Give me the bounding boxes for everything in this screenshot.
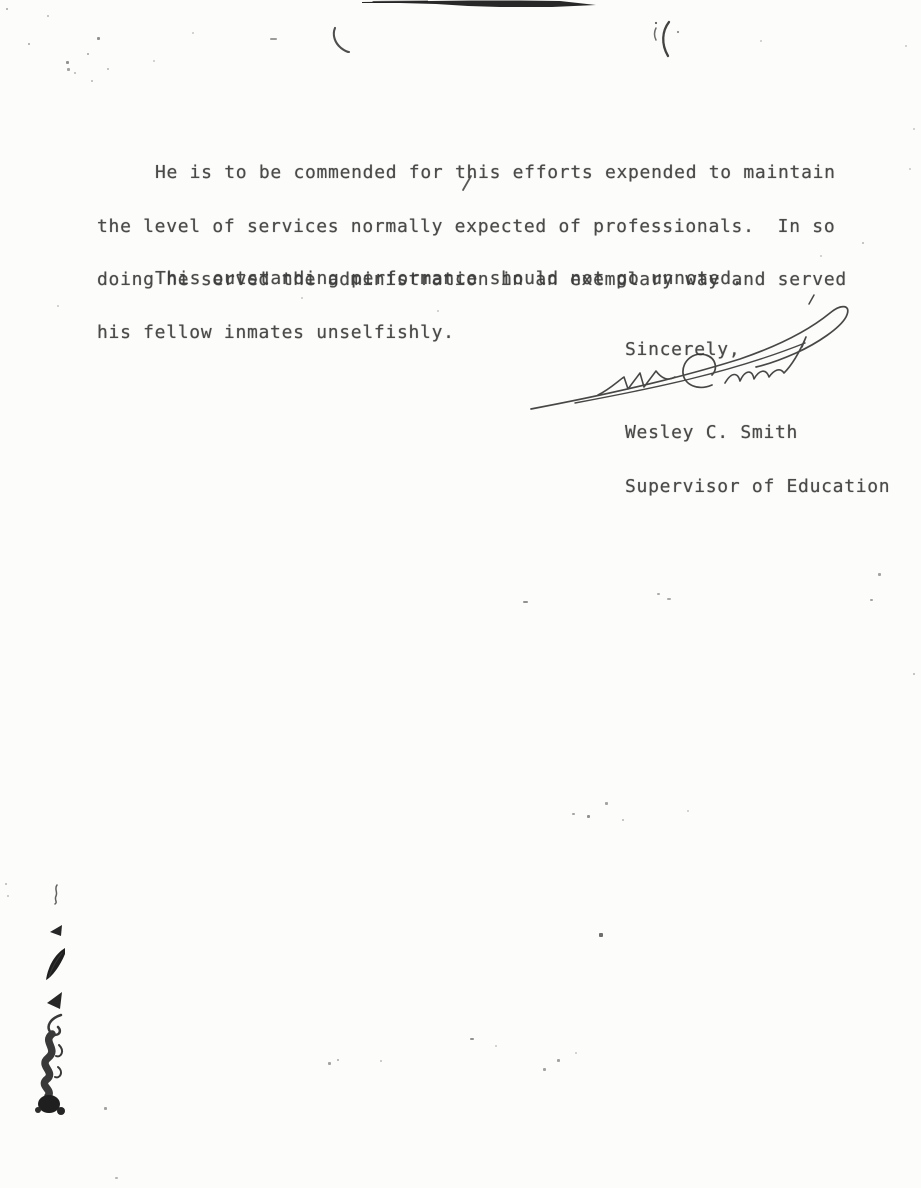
scan-speck (57, 305, 59, 307)
scan-speck (5, 883, 7, 885)
scan-speck (760, 40, 762, 42)
scan-speck (557, 1059, 560, 1062)
scan-speck (905, 45, 907, 47)
scan-speck (6, 8, 8, 10)
top-edge-ink-smudge (0, 0, 921, 14)
scanned-letter-page: He is to be commended for this efforts e… (0, 0, 921, 1188)
scan-speck (192, 32, 194, 34)
signer-name: Wesley C. Smith (625, 424, 890, 442)
paragraph-line: the level of services normally expected … (97, 218, 847, 236)
scan-speck (74, 72, 76, 74)
scan-speck (870, 599, 873, 601)
stray-slash-mark (460, 174, 474, 192)
binding-ink-marks (30, 875, 120, 1135)
scan-speck (47, 15, 49, 17)
scan-speck (87, 53, 89, 55)
scan-speck (7, 895, 9, 897)
scan-speck (622, 819, 624, 821)
scan-speck (301, 297, 303, 299)
scan-speck (153, 60, 155, 62)
scan-speck (913, 128, 915, 130)
signer-title: Supervisor of Education (625, 478, 890, 496)
scan-speck (107, 68, 109, 70)
double-paren-mark (646, 16, 686, 62)
scan-speck (495, 1045, 497, 1047)
scan-speck (115, 1177, 118, 1179)
scan-speck (328, 1062, 331, 1065)
scan-speck (380, 1060, 382, 1062)
scan-speck (605, 802, 608, 805)
scan-speck (337, 1059, 339, 1061)
scan-speck (437, 310, 439, 312)
scan-speck (66, 61, 69, 64)
signature-block: Wesley C. Smith Supervisor of Education (625, 389, 890, 531)
scan-speck (599, 933, 603, 937)
scan-speck (878, 573, 881, 576)
scan-speck (97, 37, 100, 40)
scan-speck (862, 242, 864, 244)
scan-speck (270, 38, 277, 40)
scan-speck (667, 598, 671, 600)
scan-speck (91, 80, 93, 82)
scan-speck (470, 1038, 474, 1040)
scan-speck (543, 1068, 546, 1071)
scan-speck (913, 673, 915, 675)
scan-speck (67, 68, 70, 71)
scan-speck (523, 601, 528, 603)
scan-speck (104, 1107, 107, 1110)
scan-speck (657, 593, 660, 595)
scan-speck (687, 810, 689, 812)
scan-speck (575, 1052, 577, 1054)
scan-speck (587, 815, 590, 818)
scan-speck (820, 255, 822, 257)
pen-curve-mark (328, 22, 358, 58)
scan-speck (572, 813, 575, 815)
scan-speck (28, 43, 30, 45)
scan-speck (909, 168, 911, 170)
